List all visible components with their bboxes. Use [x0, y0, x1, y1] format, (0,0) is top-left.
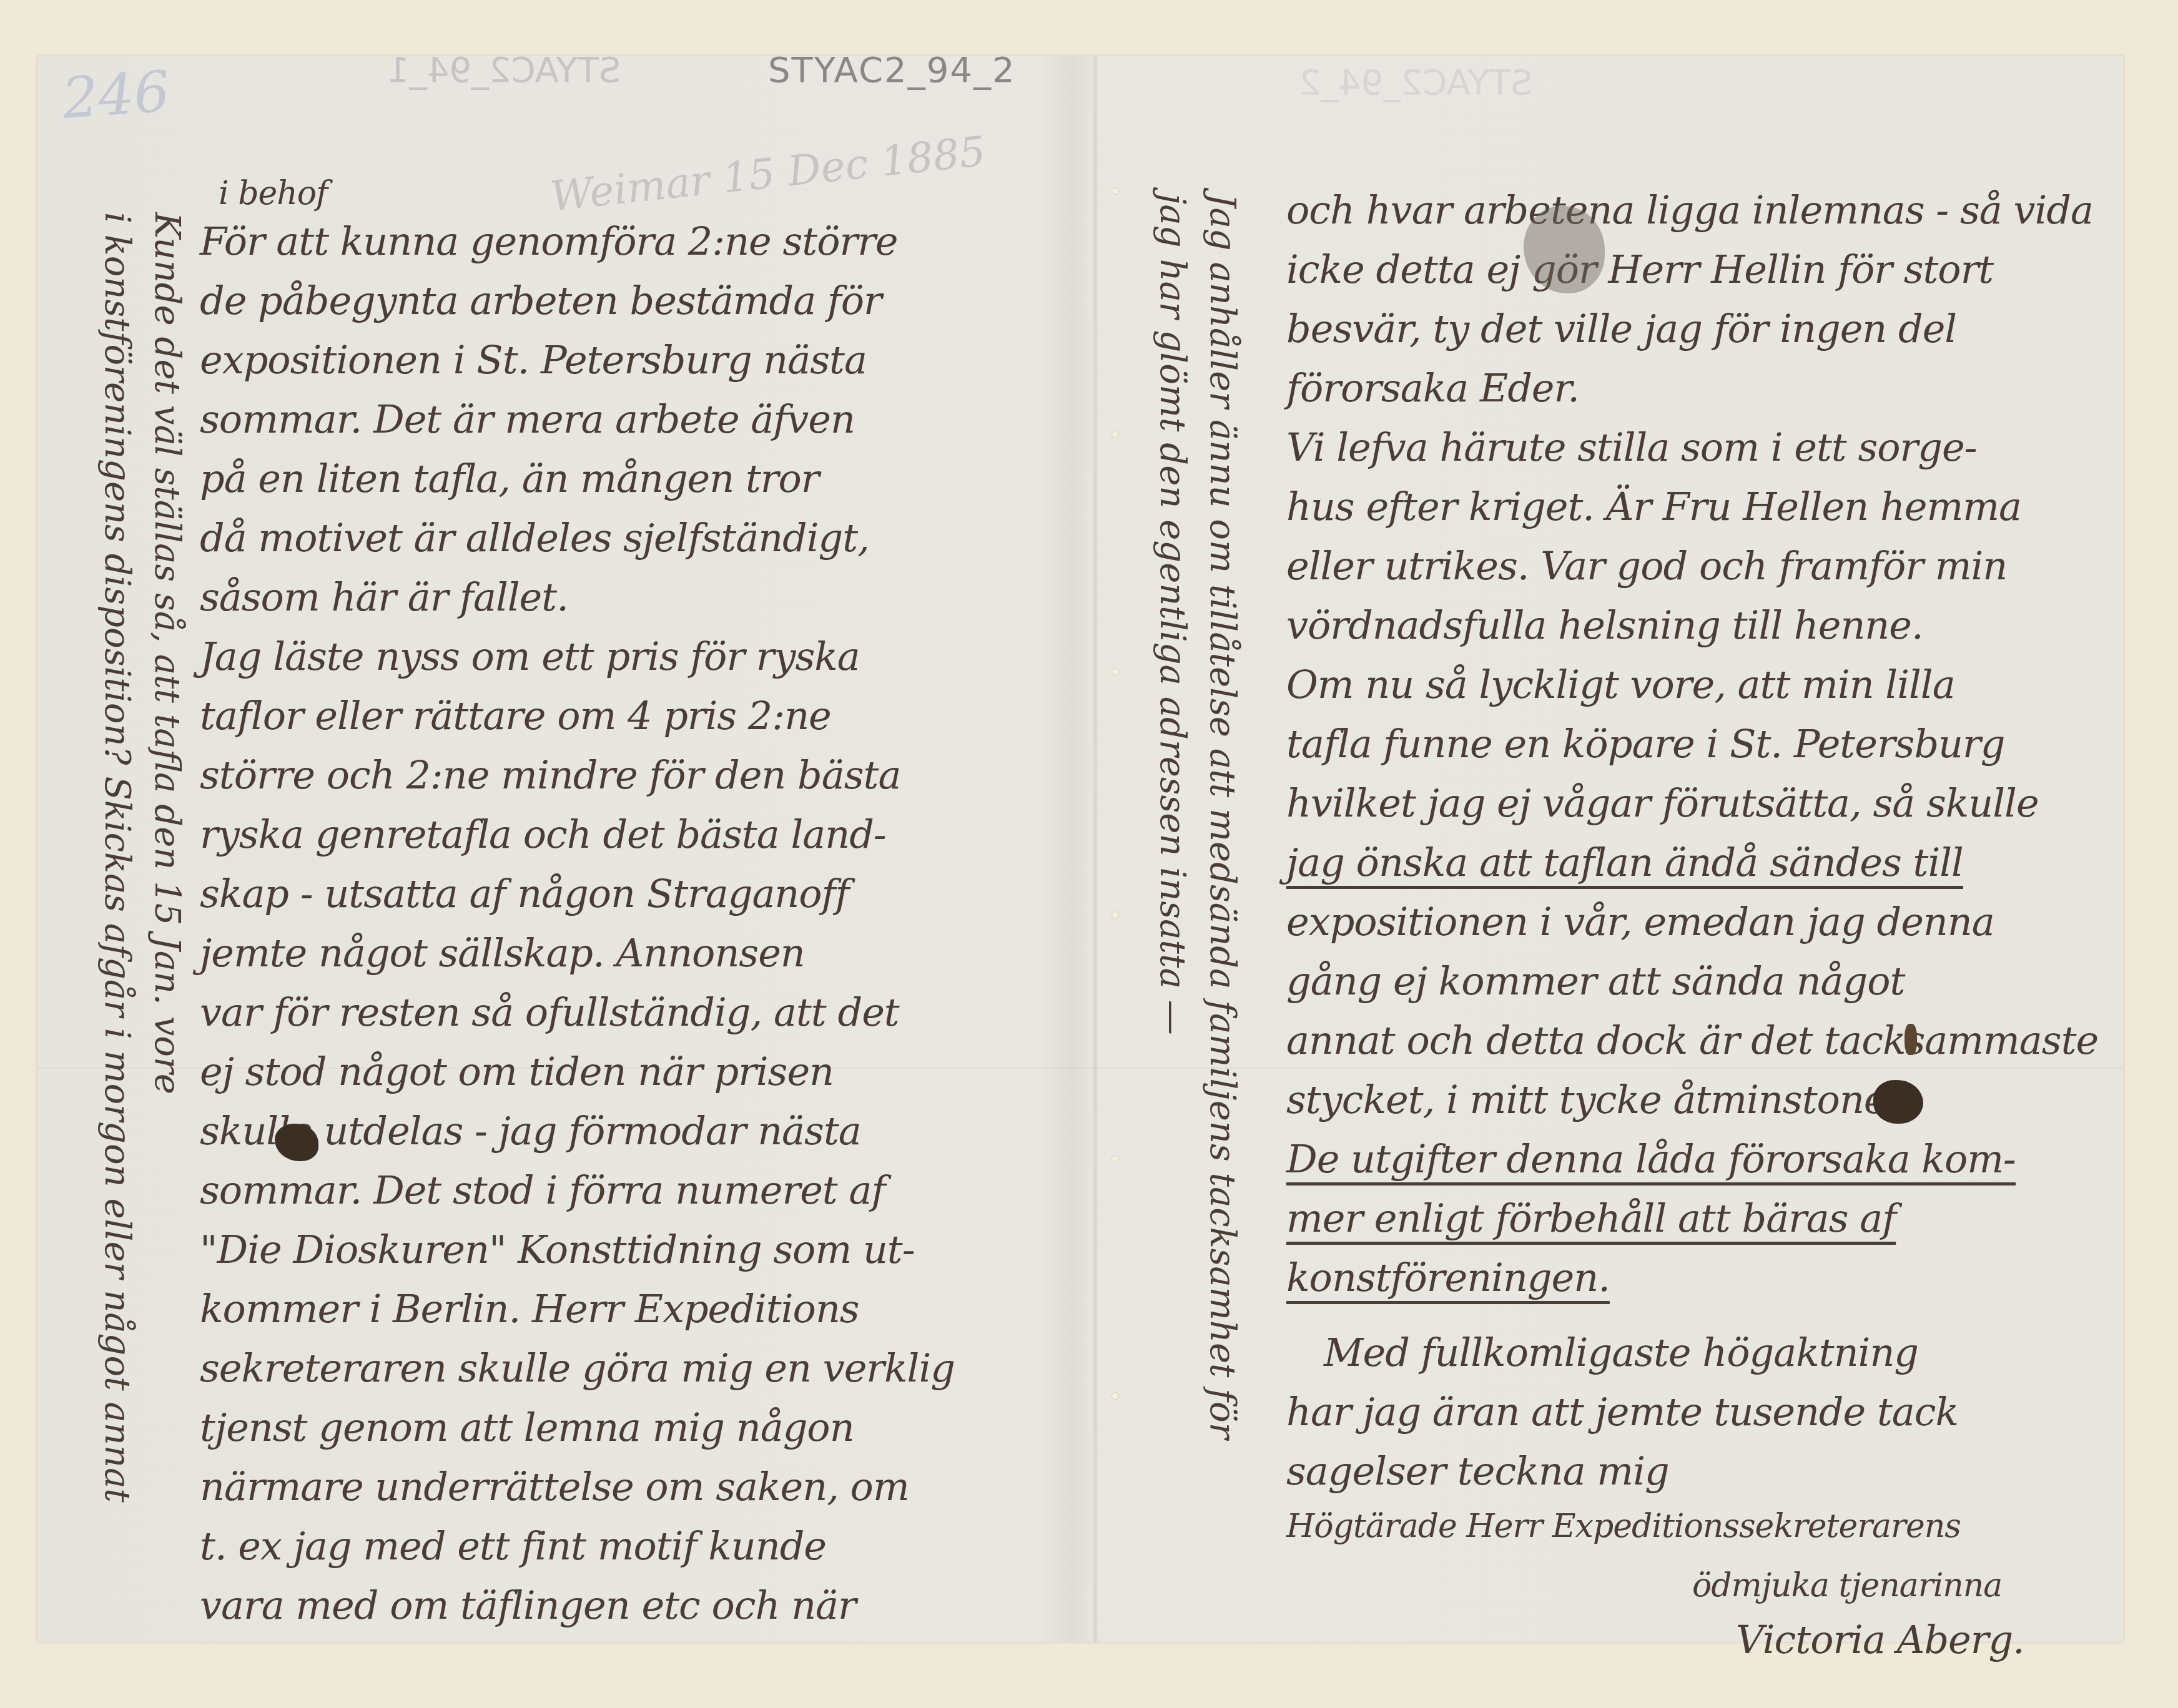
left-line: t. ex jag med ett fint motif kunde — [200, 1523, 826, 1569]
right-margin-note-2: jag har glömt den egentliga adressen ins… — [1152, 194, 1193, 1035]
left-line: skap - utsatta af någon Straganoff — [200, 871, 849, 916]
left-line: större och 2:ne mindre för den bästa — [200, 752, 900, 798]
right-line: vördnadsfulla helsning till henne. — [1286, 602, 1923, 648]
left-line: ryska genretafla och det bästa land- — [200, 812, 886, 857]
left-line: taflor eller rättare om 4 pris 2:ne — [200, 693, 831, 739]
left-line: sommar. Det stod i förra numeret af — [200, 1167, 885, 1213]
ink-blot — [275, 1124, 318, 1161]
left-line: de påbegynta arbeten bestämda för — [200, 278, 882, 323]
right-line: besvär, ty det ville jag för ingen del — [1286, 306, 1956, 351]
left-line: ej stod något om tiden när prisen — [200, 1049, 834, 1094]
binding-hole — [1111, 1392, 1119, 1400]
right-line: expositionen i vår, emedan jag denna — [1286, 899, 1994, 945]
left-line: expositionen i St. Petersburg nästa — [200, 337, 867, 383]
left-margin-note-1: Kunde det väl ställas så, att tafla den … — [147, 212, 187, 1094]
right-margin-note-1: Jag anhåller ännu om tillåtelse att meds… — [1202, 194, 1243, 1440]
closing-line: sagelser teckna mig — [1286, 1448, 1669, 1494]
archive-id-ghost-right: STYAC2_94_2 — [1299, 62, 1533, 103]
left-line: såsom här är fallet. — [200, 574, 568, 620]
right-line: gång ej kommer att sända något — [1286, 958, 1905, 1004]
right-line-underlined: konstföreningen. — [1286, 1255, 1610, 1300]
right-line: förorsaka Eder. — [1286, 365, 1579, 411]
left-line: närmare underrättelse om saken, om — [200, 1464, 909, 1509]
right-line: hvilket jag ej vågar förutsätta, så skul… — [1286, 780, 2039, 826]
left-line: vara med om täflingen etc och när — [200, 1583, 856, 1628]
binding-hole — [1111, 1155, 1119, 1162]
insertion-note: i behof — [219, 175, 327, 212]
center-fold — [1093, 56, 1098, 1642]
letter-sheet: 246 STYAC2_94_1 STYAC2_94_2 STYAC2_94_2 … — [37, 56, 2123, 1642]
right-line: tafla funne en köpare i St. Petersburg — [1286, 721, 2004, 767]
right-line: hus efter kriget. Är Fru Hellen hemma — [1286, 484, 2021, 529]
right-line-underlined: jag önska att taflan ändå sändes till — [1286, 840, 1963, 885]
right-line-underlined: De utgifter denna låda förorsaka kom- — [1286, 1136, 2016, 1182]
right-line: annat och detta dock är det tacksammaste — [1286, 1018, 2098, 1063]
binding-hole — [1111, 668, 1119, 675]
archive-id-ghost-left: STYAC2_94_1 — [387, 50, 621, 91]
right-line-underlined: mer enligt förbehåll att bäras af — [1286, 1195, 1896, 1241]
left-line: sommar. Det är mera arbete äfven — [200, 396, 855, 442]
right-line: stycket, i mitt tycke åtminstone. — [1286, 1077, 1898, 1122]
left-line: kommer i Berlin. Herr Expeditions — [200, 1286, 859, 1332]
binding-hole — [1111, 187, 1119, 195]
right-line: Om nu så lyckligt vore, att min lilla — [1286, 662, 1955, 707]
salutation-line: Högtärade Herr Expeditionssekreterarens — [1286, 1508, 1961, 1545]
right-line: eller utrikes. Var god och framför min — [1286, 543, 2007, 589]
right-line: och hvar arbetena ligga inlemnas - så vi… — [1286, 187, 2093, 233]
archive-id-stamp: STYAC2_94_2 — [768, 50, 1016, 91]
left-line: tjenst genom att lemna mig någon — [200, 1405, 854, 1450]
closing-line: har jag äran att jemte tusende tack — [1286, 1389, 1958, 1435]
closing-line: Med fullkomligaste högaktning — [1324, 1330, 1918, 1375]
left-line: "Die Dioskuren" Konsttidning som ut- — [200, 1227, 915, 1272]
closing-servant: ödmjuka tjenarinna — [1692, 1567, 2002, 1604]
date-ghost: Weimar 15 Dec 1885 — [548, 127, 988, 221]
ink-spot — [1905, 1024, 1917, 1055]
right-line: icke detta ej gör Herr Hellin för stort — [1286, 247, 1993, 292]
left-line: då motivet är alldeles sjelfständigt, — [200, 515, 869, 561]
page-number-ghost: 246 — [61, 59, 172, 132]
left-line: jemte något sällskap. Annonsen — [200, 930, 805, 976]
left-line: sekreteraren skulle göra mig en verklig — [200, 1345, 955, 1391]
left-line: Jag läste nyss om ett pris för ryska — [200, 634, 860, 679]
right-line: Vi lefva härute stilla som i ett sorge- — [1286, 425, 1977, 470]
left-margin-note-2: i konstföreningens disposition? Skickas … — [97, 212, 137, 1503]
left-line: var för resten så ofullständig, att det — [200, 989, 899, 1035]
ink-blot — [1873, 1080, 1923, 1124]
left-line: För att kunna genomföra 2:ne större — [200, 218, 898, 264]
binding-hole — [1111, 431, 1119, 438]
left-line: på en liten tafla, än mången tror — [200, 456, 819, 501]
binding-hole — [1111, 911, 1119, 919]
signature: Victoria Aberg. — [1736, 1617, 2024, 1662]
